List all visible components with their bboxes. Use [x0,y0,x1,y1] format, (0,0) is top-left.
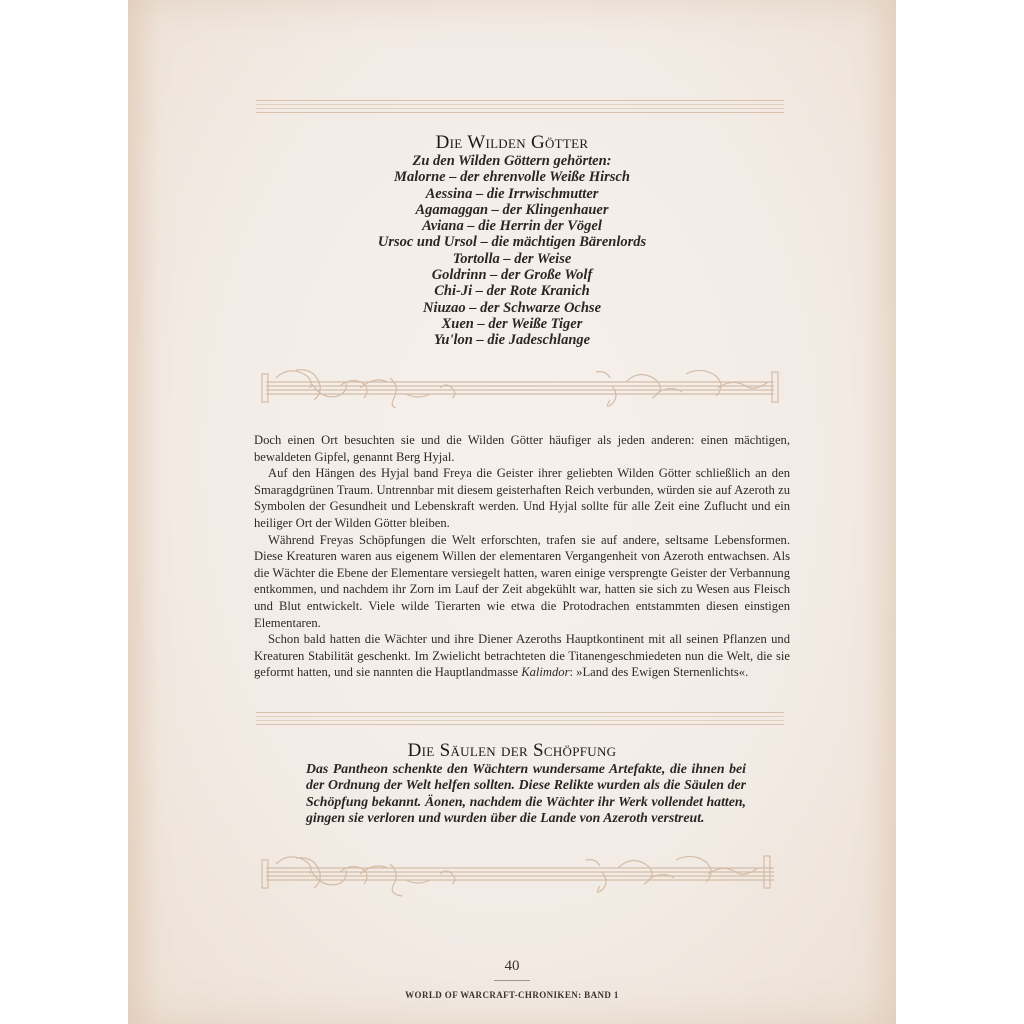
body-text: Doch einen Ort besuchten sie und die Wil… [254,432,790,681]
list-item: Malorne – der ehrenvolle Weiße Hirsch [128,169,896,185]
list-item: Aviana – die Herrin der Vögel [128,218,896,234]
chain-ornament-divider-icon [256,854,784,898]
list-item: Ursoc und Ursol – die mächtigen Bärenlor… [128,234,896,250]
section-heading-wild-gods: Die Wilden Götter [128,132,896,154]
running-footer: WORLD OF WARCRAFT-CHRONIKEN: BAND 1 [128,990,896,1000]
list-item: Xuen – der Weiße Tiger [128,316,896,332]
paragraph: Auf den Hängen des Hyjal band Freya die … [254,465,790,531]
top-divider-rule [256,100,784,114]
paragraph-text: : »Land des Ewigen Sternenlichts«. [570,665,749,679]
paragraph: Während Freyas Schöpfungen die Welt erfo… [254,532,790,632]
list-item: Agamaggan – der Klingenhauer [128,202,896,218]
list-item: Tortolla – der Weise [128,251,896,267]
page-number: 40 [128,958,896,975]
chain-ornament-divider-icon [256,364,784,408]
place-name-kalimdor: Kalimdor [521,665,569,679]
wild-gods-intro: Zu den Wilden Göttern gehörten: [128,153,896,169]
page-number-underline [494,980,530,981]
wild-gods-list: Zu den Wilden Göttern gehörten: Malorne … [128,153,896,349]
paragraph: Schon bald hatten die Wächter und ihre D… [254,631,790,681]
paragraph: Doch einen Ort besuchten sie und die Wil… [254,432,790,465]
list-item: Chi-Ji – der Rote Kranich [128,283,896,299]
book-page: Die Wilden Götter Zu den Wilden Göttern … [128,0,896,1024]
list-item: Aessina – die Irrwischmutter [128,186,896,202]
list-item: Yu'lon – die Jadeschlange [128,332,896,348]
section-heading-pillars: Die Säulen der Schöpfung [128,740,896,762]
list-item: Goldrinn – der Große Wolf [128,267,896,283]
pillars-text: Das Pantheon schenkte den Wächtern wunde… [306,761,746,827]
middle-divider-rule [256,712,784,726]
list-item: Niuzao – der Schwarze Ochse [128,300,896,316]
